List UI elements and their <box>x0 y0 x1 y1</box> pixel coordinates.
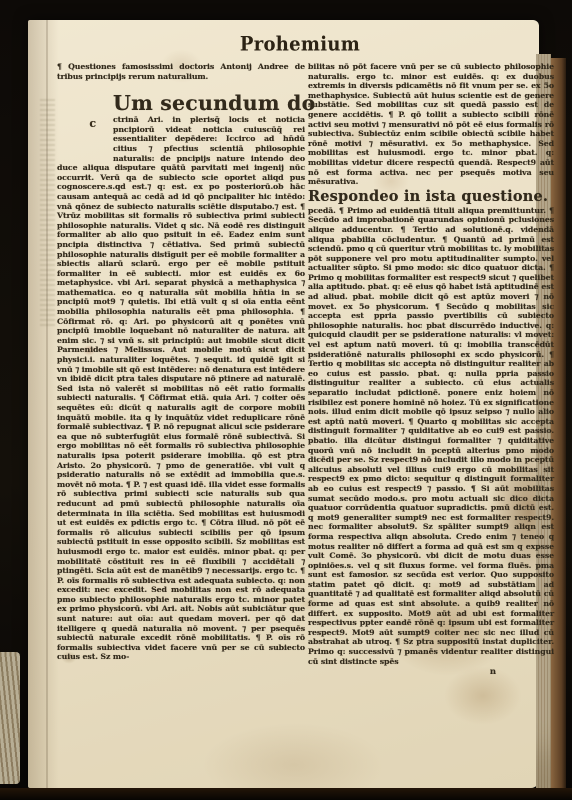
right-column-body-bottom: pcedā. ¶ Primo ad euidentiā tituli aliqu… <box>308 206 554 667</box>
guide-letter: c <box>89 119 96 129</box>
show-through-ghost-text <box>40 96 55 326</box>
book-page-photo: Prohemium ¶ Questiones famosissimi docto… <box>0 0 572 800</box>
running-title: Prohemium <box>150 33 450 56</box>
signature-mark: n <box>308 668 554 678</box>
left-text-column: ¶ Questiones famosissimi doctoris Antoni… <box>57 62 305 662</box>
initial-placeholder: c <box>57 91 113 161</box>
table-shadow-band <box>0 788 572 800</box>
right-column-body-top: bilitas nō pōt facere vnū per se cū subi… <box>308 62 554 187</box>
underlying-page-edges <box>0 652 20 784</box>
opening-paragraph: c Um secundum do ctrinā Ari. in plerisq̄… <box>57 91 305 662</box>
left-column-body: ctrinā Ari. in plerisq̄ locis et noticia… <box>57 115 305 662</box>
respondeo-heading: Respondeo in ista questione. <box>308 188 554 205</box>
incipit-caption: ¶ Questiones famosissimi doctoris Antoni… <box>57 62 305 81</box>
right-text-column: bilitas nō pōt facere vnū per se cū subi… <box>308 62 554 678</box>
